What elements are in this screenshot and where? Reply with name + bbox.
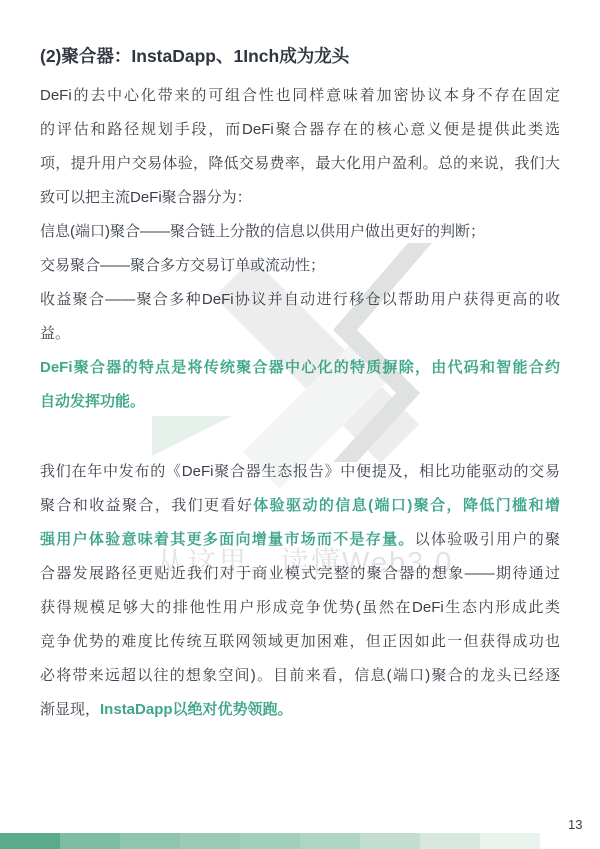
footer-bar-segment xyxy=(0,833,60,849)
body-text: 信息(端口)聚合——聚合链上分散的信息以供用户做出更好的判断； xyxy=(40,223,485,240)
body-text: 致可以把主流DeFi聚合器分为： xyxy=(40,189,252,206)
body-lines: DeFi的去中心化带来的可组合性也同样意味着加密协议本身不存在固定的评估和路径规… xyxy=(40,79,560,727)
body-text: 获得规模足够大的排他性用户形成竞争优势(虽然在DeFi生态内形成此类 xyxy=(40,599,560,616)
footer-bar-segment xyxy=(300,833,360,849)
highlight-text: DeFi聚合器的特点是将传统聚合器中心化的特质摒除，由代码和智能合约 xyxy=(40,359,560,376)
paragraph-gap xyxy=(40,419,560,455)
body-line: 渐显现，InstaDapp以绝对优势领跑。 xyxy=(40,693,560,727)
highlight-text: 强用户体验意味着其更多面向增量市场而不是存量。 xyxy=(40,531,415,548)
footer-bar-segment xyxy=(420,833,480,849)
body-line: 我们在年中发布的《DeFi聚合器生态报告》中便提及，相比功能驱动的交易 xyxy=(40,455,560,489)
footer-bar-segment xyxy=(120,833,180,849)
report-page: 从这里，读懂Web3.0 (2)聚合器：InstaDapp、1Inch成为龙头 … xyxy=(0,0,600,849)
body-line: DeFi的去中心化带来的可组合性也同样意味着加密协议本身不存在固定 xyxy=(40,79,560,113)
highlight-text: 自动发挥功能。 xyxy=(40,393,145,410)
body-line: 项，提升用户交易体验，降低交易费率，最大化用户盈利。总的来说，我们大 xyxy=(40,147,560,181)
body-line: 的评估和路径规划手段，而DeFi聚合器存在的核心意义便是提供此类选 xyxy=(40,113,560,147)
section-heading: (2)聚合器：InstaDapp、1Inch成为龙头 xyxy=(40,42,349,70)
highlight-text: 体验驱动的信息(端口)聚合，降低门槛和增 xyxy=(253,497,560,514)
page-number: 13 xyxy=(568,817,582,832)
footer-bar-segment xyxy=(60,833,120,849)
body-line: DeFi聚合器的特点是将传统聚合器中心化的特质摒除，由代码和智能合约 xyxy=(40,351,560,385)
highlight-text: InstaDapp以绝对优势领跑。 xyxy=(100,701,293,718)
body-line: 必将带来远超以往的想象空间)。目前来看，信息(端口)聚合的龙头已经逐 xyxy=(40,659,560,693)
body-text: DeFi的去中心化带来的可组合性也同样意味着加密协议本身不存在固定 xyxy=(40,87,560,104)
body-text: 的评估和路径规划手段，而DeFi聚合器存在的核心意义便是提供此类选 xyxy=(40,121,560,138)
body-line: 强用户体验意味着其更多面向增量市场而不是存量。以体验吸引用户的聚 xyxy=(40,523,560,557)
body-line: 竞争优势的难度比传统互联网领域更加困难，但正因如此一但获得成功也 xyxy=(40,625,560,659)
body-line: 信息(端口)聚合——聚合链上分散的信息以供用户做出更好的判断； xyxy=(40,215,560,249)
body-text: 渐显现， xyxy=(40,701,100,718)
body-line: 自动发挥功能。 xyxy=(40,385,560,419)
body-text: 益。 xyxy=(40,325,70,342)
body-line: 交易聚合——聚合多方交易订单或流动性； xyxy=(40,249,560,283)
body-text: 竞争优势的难度比传统互联网领域更加困难，但正因如此一但获得成功也 xyxy=(40,633,560,650)
footer-gradient-bar xyxy=(0,833,540,849)
body-text: 交易聚合——聚合多方交易订单或流动性； xyxy=(40,257,325,274)
body-text: 合器发展路径更贴近我们对于商业模式完整的聚合器的想象——期待通过 xyxy=(40,565,560,582)
body-text: 我们在年中发布的《DeFi聚合器生态报告》中便提及，相比功能驱动的交易 xyxy=(40,463,560,480)
body-line: 致可以把主流DeFi聚合器分为： xyxy=(40,181,560,215)
footer-bar-segment xyxy=(180,833,240,849)
body-line: 合器发展路径更贴近我们对于商业模式完整的聚合器的想象——期待通过 xyxy=(40,557,560,591)
body-line: 获得规模足够大的排他性用户形成竞争优势(虽然在DeFi生态内形成此类 xyxy=(40,591,560,625)
body-text: 收益聚合——聚合多种DeFi协议并自动进行移仓以帮助用户获得更高的收 xyxy=(40,291,560,308)
body-line: 收益聚合——聚合多种DeFi协议并自动进行移仓以帮助用户获得更高的收 xyxy=(40,283,560,317)
body-text: 项，提升用户交易体验，降低交易费率，最大化用户盈利。总的来说，我们大 xyxy=(40,155,560,172)
footer-bar-segment xyxy=(360,833,420,849)
footer-bar-segment xyxy=(480,833,540,849)
body-line: 益。 xyxy=(40,317,560,351)
footer-bar-segment xyxy=(240,833,300,849)
body-text: 聚合和收益聚合，我们更看好 xyxy=(40,497,253,514)
body-text: 以体验吸引用户的聚 xyxy=(415,531,560,548)
body-text: 必将带来远超以往的想象空间)。目前来看，信息(端口)聚合的龙头已经逐 xyxy=(40,667,560,684)
body-line: 聚合和收益聚合，我们更看好体验驱动的信息(端口)聚合，降低门槛和增 xyxy=(40,489,560,523)
